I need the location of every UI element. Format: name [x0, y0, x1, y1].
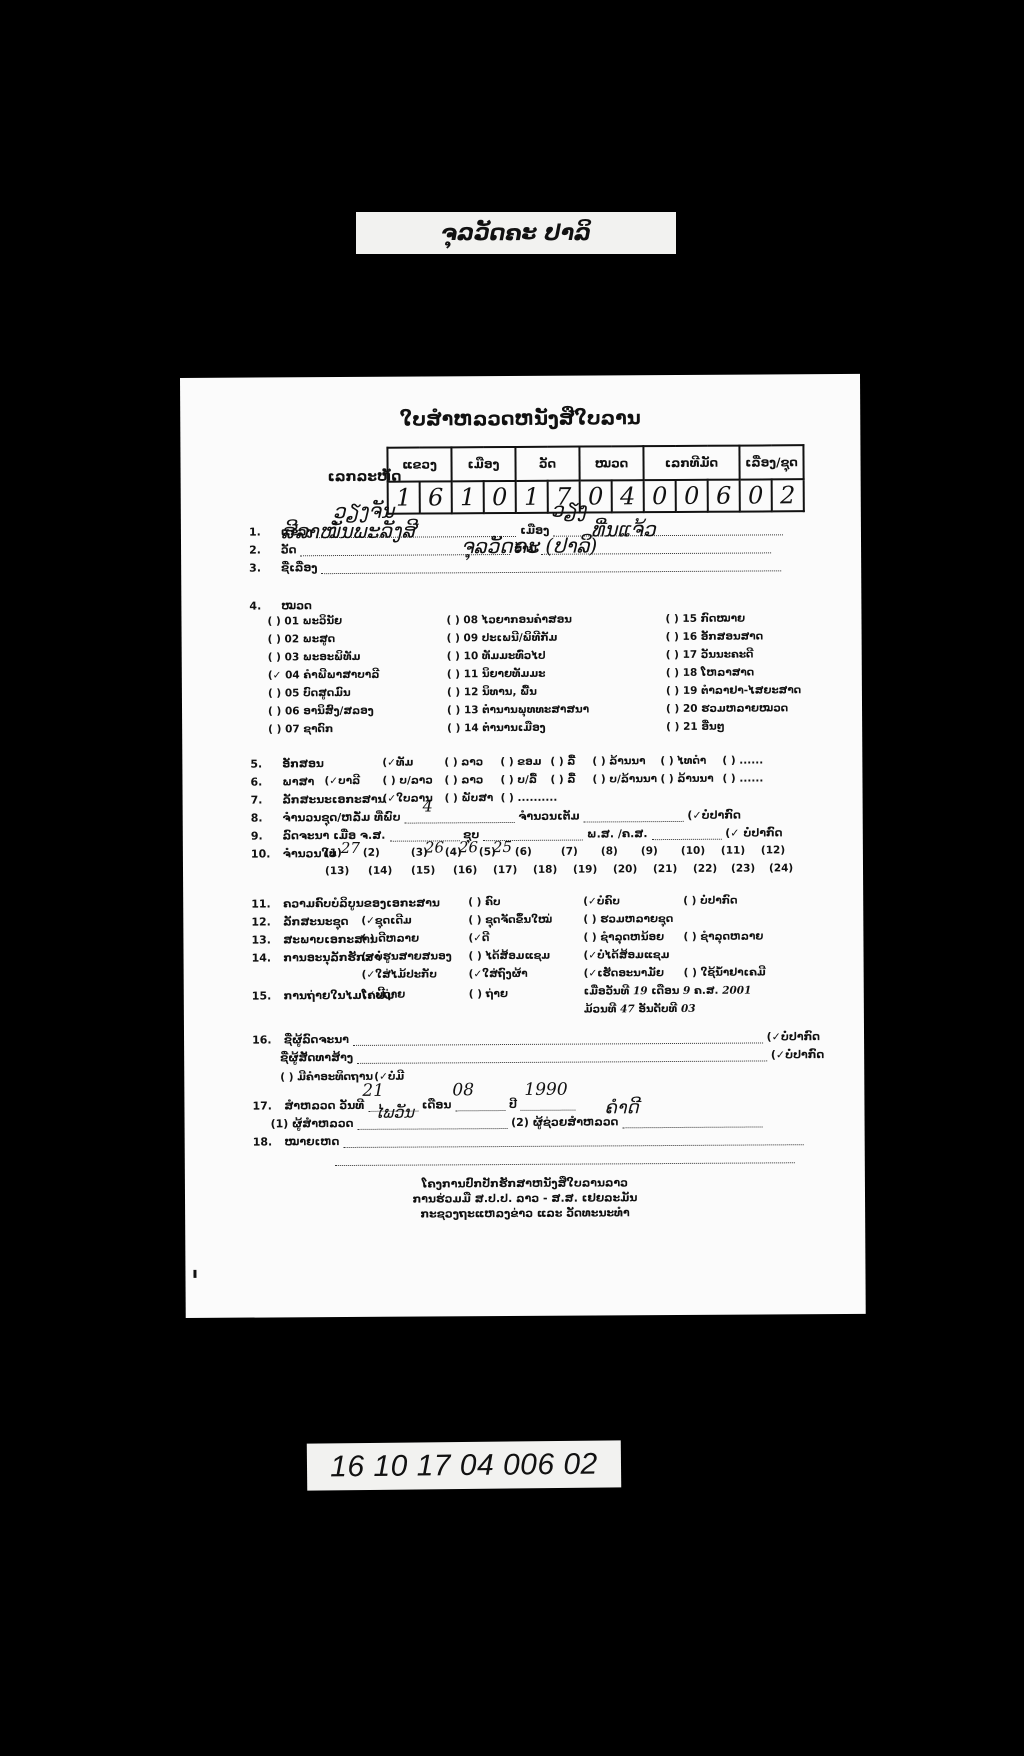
- category-option[interactable]: ( ) 16 ອັກສອນສາດ: [666, 630, 764, 643]
- code-header-temple: ວັດ: [515, 447, 579, 481]
- code-header-province: ແຂວງ: [387, 447, 451, 481]
- code-digit: 0: [484, 481, 516, 513]
- category-option[interactable]: ( ) 07 ຊາດົກ: [268, 723, 333, 735]
- category-option[interactable]: ( ) 02 ພະສູດ: [268, 633, 336, 645]
- category-option[interactable]: ( ) 15 ກົດໝາຍ: [665, 613, 745, 625]
- field-13-condition: 13. ສະພາບເອກະສານ: [251, 933, 378, 947]
- category-option[interactable]: ( ) 12 ນິທານ, ພື້ນ: [447, 686, 537, 699]
- leaf-count-4: 26: [459, 838, 478, 856]
- form-title: ໃບສຳຫລວດຫນັງສືໃບລານ: [180, 406, 860, 432]
- field-18-remarks: 18. ໝາຍເຫດ: [253, 1132, 804, 1148]
- assistant-signature: ຄຳດີ: [604, 1097, 638, 1118]
- category-option[interactable]: ( ) 05 ບົດສູດມົນ: [268, 687, 351, 700]
- survey-form-sheet: ໃບສຳຫລວດຫນັງສືໃບລານ ເລກລະຫັດ ແຂວງ ເມືອງ …: [180, 374, 866, 1318]
- field-9-inscribed-date: 9. ລົດຈະນາ ເມື່ອ ຈ.ສ. ຊຸບ ພ.ສ. /ຄ.ສ. (✓ …: [251, 826, 783, 842]
- completeness-option[interactable]: ( ) ບໍ່ປາກົດ: [683, 895, 737, 907]
- language-option[interactable]: ( ) ລ້ານນາ: [660, 773, 713, 785]
- condition-option[interactable]: ( ) ດີຫລາຍ: [361, 933, 419, 945]
- code-digit: 0: [740, 479, 772, 511]
- category-option-checked[interactable]: (✓ 04 ຄຳພີພາສາບາລີ: [268, 669, 380, 682]
- language-option[interactable]: ( ) ບ/ລື້: [500, 774, 537, 786]
- scan-mark: [193, 1270, 196, 1278]
- settype-option-checked[interactable]: (✓ຊຸດເດີມ: [361, 915, 412, 927]
- category-option[interactable]: ( ) 17 ວັນນະຄະດີ: [666, 649, 754, 662]
- doctype-option[interactable]: ( ) ພັບສາ: [445, 792, 494, 804]
- field-5-script: 5. ອັກສອນ: [250, 757, 324, 770]
- language-option[interactable]: ( ) ລື້: [550, 774, 575, 786]
- category-option[interactable]: ( ) 03 ພະອະພິທັມ: [268, 651, 361, 664]
- field-16-sponsor: ຊື່ຜູ້ສັດທາສ້າງ (✓ບໍ່ປາກົດ: [280, 1048, 824, 1064]
- code-digit: 1: [516, 481, 548, 513]
- settype-option[interactable]: ( ) ຮວມຫລາຍຊຸດ: [583, 913, 673, 926]
- language-option[interactable]: ( ) ບ/ລາວ: [382, 774, 432, 786]
- field-10-leaf-count: 10. ຈຳນວນໃບ: [251, 847, 337, 861]
- condition-option-checked[interactable]: (✓ດີ: [468, 932, 489, 944]
- field-6-language: 6. ພາສາ: [250, 775, 314, 788]
- survey-year-value: 1990: [524, 1080, 567, 1100]
- script-option[interactable]: ( ) ລື້: [550, 756, 575, 768]
- conservation-option-checked[interactable]: (✓ເຮັດອະນາມັຍ: [584, 967, 664, 979]
- manuscript-code: 16 10 17 04 006 02: [330, 1447, 598, 1484]
- conservation-option-checked[interactable]: (✓ບໍ່ໄດ້ສ້ອມແຊມ: [583, 949, 669, 962]
- field-7-document-type: 7. ລັກສະນະເອກະສານ: [251, 793, 386, 807]
- script-option[interactable]: ( ) ຂອມ: [500, 756, 541, 768]
- conservation-option-checked[interactable]: (✓ບໍ່ຮູນສາຍສນອງ: [362, 950, 452, 963]
- code-header-story: ເລື່ອງ/ຊຸດ: [739, 445, 803, 479]
- category-option[interactable]: ( ) 21 ອື່ນໆ: [666, 721, 724, 733]
- language-option[interactable]: ( ) ລາວ: [444, 774, 483, 786]
- category-option[interactable]: ( ) 14 ຕຳນານເມືອງ: [447, 722, 546, 735]
- script-option-checked[interactable]: (✓ທັມ: [382, 757, 413, 769]
- story-title-value: ຈຸລວັດຄະ (ປາລິ): [461, 533, 597, 558]
- microfilm-date: ເມື່ອວັນທີ 19 ເດືອນ 9 ຄ.ສ. 2001: [584, 985, 752, 998]
- code-header-category: ໝວດ: [579, 446, 643, 480]
- category-option[interactable]: ( ) 10 ທັມມະທົ່ວໄປ: [447, 650, 546, 663]
- code-digit: 0: [676, 480, 708, 512]
- script-option[interactable]: ( ) ລ້ານນາ: [592, 755, 645, 767]
- code-digit: 4: [612, 480, 644, 512]
- language-option-checked[interactable]: (✓ບາລີ: [324, 775, 360, 787]
- code-digit: 2: [772, 479, 804, 511]
- code-digit: 6: [708, 480, 740, 512]
- condition-option[interactable]: ( ) ຊຳລຸດຫລາຍ: [683, 930, 763, 942]
- manuscript-title-label: ຈຸລວັດຄະ ປາລິ: [356, 212, 676, 254]
- conservation-option[interactable]: ( ) ໄດ້ສ້ອມແຊມ: [469, 950, 551, 962]
- manuscript-code-label: 16 10 17 04 006 02: [307, 1440, 621, 1490]
- category-option[interactable]: ( ) 19 ຕຳລາຢາ-ໄສຍະສາດ: [666, 684, 801, 697]
- script-option[interactable]: ( ) ......: [722, 754, 763, 766]
- volume-count-value: 4: [423, 796, 433, 815]
- code-header-bundle-number: ເລກທີມັດ: [643, 446, 739, 481]
- field-4-category: 4. ໝວດ: [249, 599, 312, 612]
- code-header-district: ເມືອງ: [451, 447, 515, 481]
- category-option[interactable]: ( ) 06 ອານິສົງ/ສລອງ: [268, 705, 374, 718]
- category-option[interactable]: ( ) 20 ຮວມຫລາຍໝວດ: [666, 702, 788, 715]
- category-option[interactable]: ( ) 01 ພະວິນັຍ: [267, 615, 342, 627]
- category-option[interactable]: ( ) 13 ຕຳນານພຸທທະສາສນາ: [447, 704, 589, 717]
- code-table: ແຂວງ ເມືອງ ວັດ ໝວດ ເລກທີມັດ ເລື່ອງ/ຊຸດ 1…: [386, 444, 804, 515]
- language-option[interactable]: ( ) ບ/ລ້ານນາ: [592, 773, 657, 785]
- village-value: ທີ່ນແຈ້ວ: [591, 517, 656, 541]
- field-12-set-type: 12. ລັກສະນະຊຸດ: [251, 915, 348, 929]
- leaf-count-5: 25: [493, 838, 512, 856]
- language-option[interactable]: ( ) ......: [722, 772, 763, 784]
- survey-month-value: 08: [452, 1080, 474, 1100]
- condition-option[interactable]: ( ) ຊຳລຸດຫນ້ອຍ: [583, 931, 664, 943]
- temple-value: ສີລາໝັ່ນພະລັງສີ: [281, 519, 416, 544]
- prayer-option[interactable]: ( ) ມີຄຳອະທິດຖານ: [280, 1071, 373, 1084]
- manuscript-title: ຈຸລວັດຄະ ປາລິ: [441, 221, 591, 246]
- field-16-scribe: 16. ຊື່ຜູ້ລົດຈະນາ (✓ບໍ່ປາກົດ: [252, 1030, 820, 1046]
- code-digit: 6: [420, 481, 452, 513]
- field-8-volume-count: 8. ຈຳນວນຊຸດ/ຫລັ່ມ ທີ່ພົບ ຈຳນວນເຕັມ (✓ບໍ່…: [251, 809, 741, 825]
- script-option[interactable]: ( ) ລາວ: [444, 756, 483, 768]
- field-11-completeness: 11. ຄວາມຄົບບໍລິບູນຂອງເອກະສານ: [251, 896, 440, 910]
- category-option[interactable]: ( ) 09 ປະເພນີ/ພິທີກັມ: [447, 632, 558, 645]
- conservation-option-checked[interactable]: (✓ໃສ່ໄມ້ປະກັບ: [362, 968, 437, 980]
- conservation-option[interactable]: ( ) ໃຊ້ນ້ຳຢາເຄມີ: [684, 966, 766, 979]
- surveyor-signature: ໄພວັນ: [374, 1103, 414, 1122]
- conservation-option-checked[interactable]: (✓ໃສ່ຖົງຜ້າ: [469, 968, 528, 980]
- microfilm-option[interactable]: ( ) ຖ່າຍ: [469, 988, 508, 1000]
- category-option[interactable]: ( ) 08 ໄວຍາກອນຄຳສອນ: [446, 614, 572, 627]
- category-option[interactable]: ( ) 18 ໂຫລາສາດ: [666, 666, 754, 679]
- leaf-count-3: 26: [425, 838, 444, 856]
- form-footer: ໂຄງການປົກປັກຮັກສາຫນັງສືໃບລານລາວ ການຮ່ວມມ…: [185, 1174, 865, 1223]
- microfilm-roll: ມ້ວນທີ 47 ອັນດັບທີ 03: [584, 1003, 696, 1016]
- field-17-signatures: (1) ຜູ້ສຳຫລວດ (2) ຜູ້ຊ່ວຍສຳຫລວດ: [271, 1114, 763, 1130]
- survey-day-value: 21: [362, 1081, 384, 1101]
- district-value: ວຽງ: [551, 498, 587, 522]
- completeness-option-checked[interactable]: (✓ບໍ່ຄົບ: [583, 895, 620, 907]
- category-option[interactable]: ( ) 11 ນິຍາຍທັມມະ: [447, 668, 546, 681]
- leaf-count-1: 27: [341, 839, 360, 857]
- code-digit: 1: [452, 481, 484, 513]
- doctype-option[interactable]: ( ) ..........: [501, 792, 558, 804]
- settype-option[interactable]: ( ) ຊຸດຈັດຂຶ້ນໃໝ່: [468, 914, 552, 927]
- script-option[interactable]: ( ) ໄທດຳ: [660, 755, 706, 767]
- field-3-story-title: 3. ຊື່ເລື່ອງ: [249, 558, 781, 574]
- completeness-option[interactable]: ( ) ຄົບ: [468, 896, 500, 908]
- microfilm-option-checked[interactable]: (✓ບໍ່ຖ່າຍ: [362, 989, 406, 1001]
- code-digit: 0: [644, 480, 676, 512]
